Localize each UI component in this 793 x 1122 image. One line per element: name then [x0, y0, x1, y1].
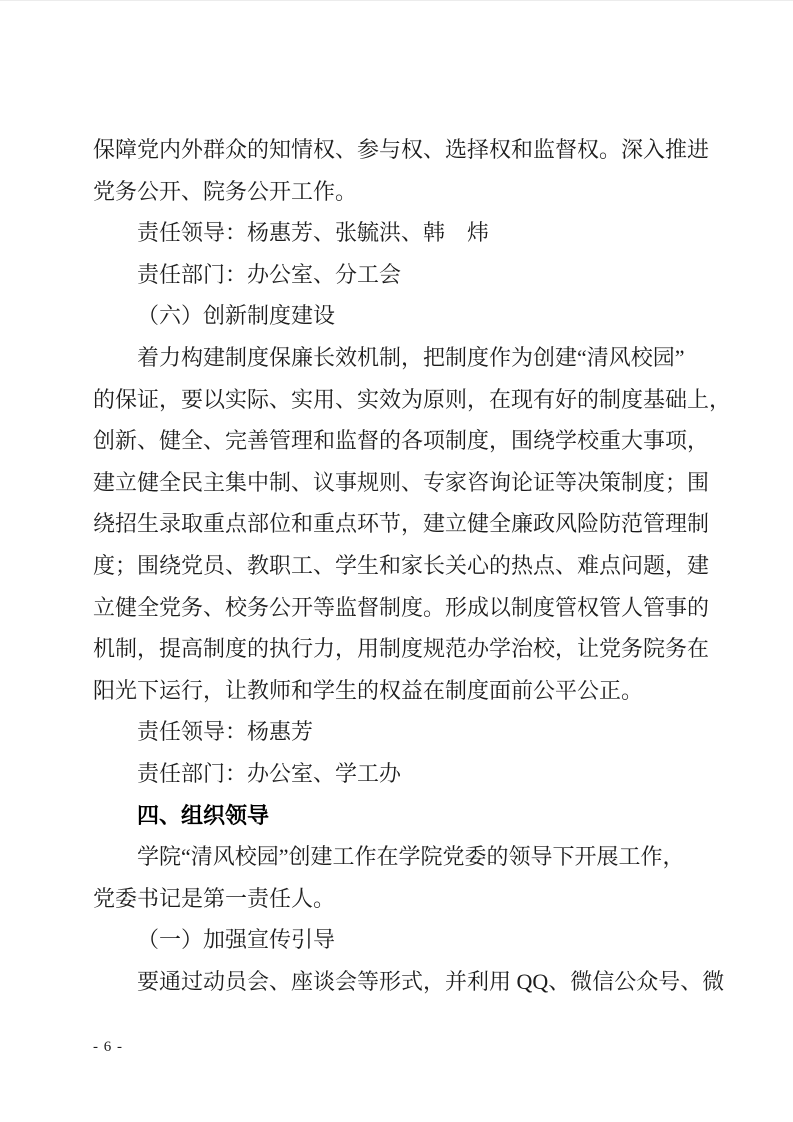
text-line: 党委书记是第一责任人。	[93, 878, 717, 920]
section-heading-four-organization-leadership: 四、组织领导	[93, 795, 717, 837]
text-line: 学院“清风校园”创建工作在学院党委的领导下开展工作，	[93, 836, 717, 878]
text-line: 机制，提高制度的执行力，用制度规范办学治校，让党务院务在	[93, 628, 717, 670]
responsible-department-line: 责任部门：办公室、学工办	[93, 753, 717, 795]
text-line: 立健全党务、校务公开等监督制度。形成以制度管权管人管事的	[93, 587, 717, 629]
document-body: 保障党内外群众的知情权、参与权、选择权和监督权。深入推进 党务公开、院务公开工作…	[93, 129, 717, 1002]
text-line: 建立健全民主集中制、议事规则、专家咨询论证等决策制度；围	[93, 462, 717, 504]
responsible-leader-line: 责任领导：杨惠芳	[93, 711, 717, 753]
subsection-heading-six: （六）创新制度建设	[93, 295, 717, 337]
text-line: 保障党内外群众的知情权、参与权、选择权和监督权。深入推进	[93, 129, 717, 171]
text-line: 的保证，要以实际、实用、实效为原则，在现有好的制度基础上，	[93, 379, 717, 421]
text-line: 要通过动员会、座谈会等形式，并利用 QQ、微信公众号、微	[93, 961, 717, 1003]
text-line: 阳光下运行，让教师和学生的权益在制度面前公平公正。	[93, 670, 717, 712]
document-page: 保障党内外群众的知情权、参与权、选择权和监督权。深入推进 党务公开、院务公开工作…	[0, 0, 793, 1122]
page-number: - 6 -	[93, 1039, 123, 1056]
responsible-leader-line: 责任领导：杨惠芳、张毓洪、韩 炜	[93, 212, 717, 254]
text-line: 着力构建制度保廉长效机制，把制度作为创建“清风校园”	[93, 337, 717, 379]
text-line: 党务公开、院务公开工作。	[93, 171, 717, 213]
subsection-heading-one: （一）加强宣传引导	[93, 919, 717, 961]
text-line: 创新、健全、完善管理和监督的各项制度，围绕学校重大事项，	[93, 420, 717, 462]
text-line: 绕招生录取重点部位和重点环节，建立健全廉政风险防范管理制	[93, 503, 717, 545]
text-line: 度；围绕党员、教职工、学生和家长关心的热点、难点问题，建	[93, 545, 717, 587]
responsible-department-line: 责任部门：办公室、分工会	[93, 254, 717, 296]
